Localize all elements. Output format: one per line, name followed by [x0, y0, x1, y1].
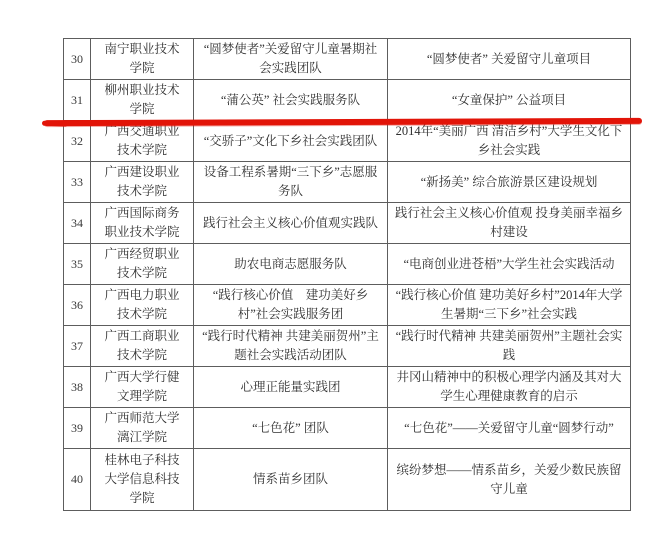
row-number-cell: 34: [64, 203, 91, 244]
school-cell: 广西大学行健文理学院: [91, 367, 194, 408]
table-row: 33广西建设职业技术学院设备工程系暑期“三下乡”志愿服务队“新扬美” 综合旅游景…: [64, 162, 631, 203]
table-row: 37广西工商职业技术学院“践行时代精神 共建美丽贺州”主题社会实践活动团队“践行…: [64, 326, 631, 367]
team-cell: 践行社会主义核心价值观实践队: [194, 203, 388, 244]
project-cell: 缤纷梦想——情系苗乡，关爱少数民族留守儿童: [388, 449, 631, 511]
school-cell: 柳州职业技术学院: [91, 80, 194, 121]
project-cell: “践行核心价值 建功美好乡村”2014年大学生暑期“三下乡”社会实践: [388, 285, 631, 326]
row-number-cell: 40: [64, 449, 91, 511]
project-cell: 2014年“美丽广西 清洁乡村”大学生文化下乡社会实践: [388, 121, 631, 162]
team-cell: 心理正能量实践团: [194, 367, 388, 408]
school-cell: 广西建设职业技术学院: [91, 162, 194, 203]
row-number-cell: 32: [64, 121, 91, 162]
team-cell: 设备工程系暑期“三下乡”志愿服务队: [194, 162, 388, 203]
table-row: 30南宁职业技术学院“圆梦使者”关爱留守儿童暑期社会实践团队“圆梦使者” 关爱留…: [64, 39, 631, 80]
project-cell: “践行时代精神 共建美丽贺州”主题社会实践: [388, 326, 631, 367]
row-number-cell: 37: [64, 326, 91, 367]
award-table: 30南宁职业技术学院“圆梦使者”关爱留守儿童暑期社会实践团队“圆梦使者” 关爱留…: [63, 38, 631, 511]
school-cell: 南宁职业技术学院: [91, 39, 194, 80]
row-number-cell: 36: [64, 285, 91, 326]
row-number-cell: 35: [64, 244, 91, 285]
row-number-cell: 31: [64, 80, 91, 121]
table-row: 38广西大学行健文理学院心理正能量实践团井冈山精神中的积极心理学内涵及其对大学生…: [64, 367, 631, 408]
project-cell: “七色花”——关爱留守儿童“圆梦行动”: [388, 408, 631, 449]
table-row: 40桂林电子科技大学信息科技学院情系苗乡团队缤纷梦想——情系苗乡，关爱少数民族留…: [64, 449, 631, 511]
project-cell: “圆梦使者” 关爱留守儿童项目: [388, 39, 631, 80]
team-cell: 助农电商志愿服务队: [194, 244, 388, 285]
project-cell: 践行社会主义核心价值观 投身美丽幸福乡村建设: [388, 203, 631, 244]
award-table-body: 30南宁职业技术学院“圆梦使者”关爱留守儿童暑期社会实践团队“圆梦使者” 关爱留…: [64, 39, 631, 511]
project-cell: “电商创业进苍梧”大学生社会实践活动: [388, 244, 631, 285]
table-row: 31柳州职业技术学院“蒲公英” 社会实践服务队“女童保护” 公益项目: [64, 80, 631, 121]
project-cell: “女童保护” 公益项目: [388, 80, 631, 121]
row-number-cell: 38: [64, 367, 91, 408]
school-cell: 广西交通职业技术学院: [91, 121, 194, 162]
document-page: 30南宁职业技术学院“圆梦使者”关爱留守儿童暑期社会实践团队“圆梦使者” 关爱留…: [0, 0, 665, 551]
school-cell: 广西国际商务职业技术学院: [91, 203, 194, 244]
table-row: 36广西电力职业技术学院“践行核心价值 建功美好乡村”社会实践服务团“践行核心价…: [64, 285, 631, 326]
team-cell: 情系苗乡团队: [194, 449, 388, 511]
team-cell: “交骄子”文化下乡社会实践团队: [194, 121, 388, 162]
project-cell: “新扬美” 综合旅游景区建设规划: [388, 162, 631, 203]
table-row: 35广西经贸职业技术学院助农电商志愿服务队“电商创业进苍梧”大学生社会实践活动: [64, 244, 631, 285]
team-cell: “蒲公英” 社会实践服务队: [194, 80, 388, 121]
school-cell: 桂林电子科技大学信息科技学院: [91, 449, 194, 511]
table-row: 39广西师范大学漓江学院“七色花” 团队“七色花”——关爱留守儿童“圆梦行动”: [64, 408, 631, 449]
school-cell: 广西工商职业技术学院: [91, 326, 194, 367]
row-number-cell: 39: [64, 408, 91, 449]
row-number-cell: 33: [64, 162, 91, 203]
table-row: 32广西交通职业技术学院“交骄子”文化下乡社会实践团队2014年“美丽广西 清洁…: [64, 121, 631, 162]
team-cell: “圆梦使者”关爱留守儿童暑期社会实践团队: [194, 39, 388, 80]
row-number-cell: 30: [64, 39, 91, 80]
school-cell: 广西经贸职业技术学院: [91, 244, 194, 285]
school-cell: 广西师范大学漓江学院: [91, 408, 194, 449]
table-row: 34广西国际商务职业技术学院践行社会主义核心价值观实践队践行社会主义核心价值观 …: [64, 203, 631, 244]
project-cell: 井冈山精神中的积极心理学内涵及其对大学生心理健康教育的启示: [388, 367, 631, 408]
team-cell: “七色花” 团队: [194, 408, 388, 449]
school-cell: 广西电力职业技术学院: [91, 285, 194, 326]
team-cell: “践行核心价值 建功美好乡村”社会实践服务团: [194, 285, 388, 326]
team-cell: “践行时代精神 共建美丽贺州”主题社会实践活动团队: [194, 326, 388, 367]
